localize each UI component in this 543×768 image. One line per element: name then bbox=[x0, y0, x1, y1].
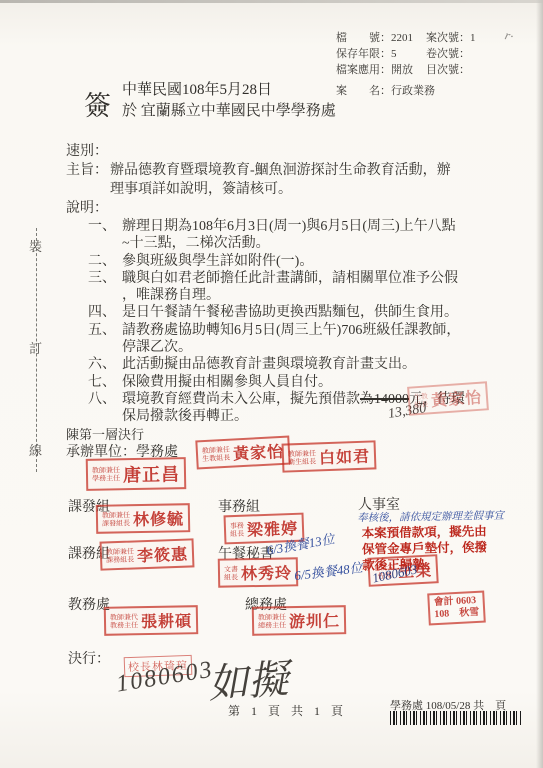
subject-label: 主旨： bbox=[66, 161, 110, 199]
item-3-no: 三、 bbox=[88, 270, 122, 287]
date-line: 中華民國108年5月28日 bbox=[122, 80, 336, 101]
item-6-no: 六、 bbox=[88, 356, 122, 373]
binding-char-1: 裝 bbox=[29, 236, 45, 255]
subject-text: 辦品德教育暨環境教育-鯝魚洄游探討生命教育活動，辦 理事項詳如說明，簽請核可。 bbox=[110, 161, 451, 199]
item-3-cont: ，唯課務自理。 bbox=[122, 287, 514, 304]
explanation-label: 說明： bbox=[66, 199, 514, 218]
org-line: 於 宜蘭縣立中華國民中學學務處 bbox=[122, 101, 336, 122]
item-4-no: 四、 bbox=[88, 304, 122, 321]
stamp-title: 生教組長 bbox=[414, 392, 429, 409]
file-no-label: 檔 號： bbox=[336, 32, 391, 44]
item-8-pre: 環境教育經費尚未入公庫，擬先預借款 bbox=[122, 392, 360, 407]
stamp-name: 黃家怡 bbox=[232, 439, 284, 465]
item-7-no: 七、 bbox=[88, 374, 122, 391]
stamp-name: 林修毓 bbox=[133, 506, 184, 530]
decision-label: 決行： bbox=[68, 648, 110, 668]
item-8-no: 八、 bbox=[88, 391, 122, 408]
item-2: 二、參與班級與學生詳如附件(一)。 bbox=[66, 253, 514, 270]
case-seq-label: 案次號： bbox=[426, 32, 470, 44]
item-4: 四、是日午餐請午餐秘書協助更換西點麵包，供師生食用。 bbox=[66, 304, 514, 321]
decision-approval-handwriting: 如擬 bbox=[206, 647, 290, 709]
case-name-value: 行政業務 bbox=[391, 85, 435, 97]
case-name-label: 案 名： bbox=[336, 85, 391, 97]
subject-line-2: 理事項詳如說明，簽請核可。 bbox=[110, 180, 451, 199]
case-seq-row: 案次號：1 bbox=[426, 30, 516, 46]
scanned-memo-page: 檔 號：2201 保存年限：5 檔案應用：開放 案 名：行政業務 案次號：1 卷… bbox=[0, 0, 543, 768]
item-row: 目次號： bbox=[426, 62, 516, 78]
filing-meta-col2: 案次號：1 卷次號： 目次號： bbox=[426, 30, 516, 78]
stamp-name: 黃家怡 bbox=[430, 385, 482, 412]
binding-char-3: 線 bbox=[29, 440, 45, 459]
file-no-row: 檔 號：2201 bbox=[336, 30, 435, 46]
section-general-affairs-group: 事務組 bbox=[218, 496, 260, 516]
acct-head-line-2: 108 秋雪 bbox=[434, 607, 480, 621]
retention-label: 保存年限： bbox=[336, 48, 391, 60]
stamp-title: 事務組長 bbox=[230, 521, 245, 537]
item-6: 六、此活動擬由品德教育計畫與環境教育計畫支出。 bbox=[66, 356, 514, 373]
stamp-name: 白如君 bbox=[319, 444, 371, 469]
stamp-title: 教師兼任課發組長 bbox=[102, 511, 130, 527]
barcode bbox=[390, 711, 522, 725]
stamp-huang-overlay: 生教組長 黃家怡 bbox=[407, 381, 489, 416]
item-3: 三、職與白如君老師擔任此計畫講師，請相關單位准予公假 bbox=[66, 270, 514, 287]
binding-char-2: 訂 bbox=[29, 338, 45, 357]
usage-value: 開放 bbox=[391, 64, 413, 76]
stamp-name: 游圳仁 bbox=[289, 608, 340, 632]
item-1-cont: ~十三點，二梯次活動。 bbox=[122, 235, 514, 252]
stamp-title: 教師兼任總務主任 bbox=[258, 613, 286, 629]
stamp-title: 教師兼任課務組長 bbox=[106, 547, 135, 564]
stamp-title: 教師兼任生教組長 bbox=[202, 445, 231, 462]
speed-label: 速別： bbox=[66, 142, 514, 161]
item-1: 一、辦理日期為108年6月3日(周一)與6月5日(周三)上午八點 bbox=[66, 218, 514, 235]
item-5-no: 五、 bbox=[88, 322, 122, 339]
stamp-academic-director: 教師兼代教務主任 張耕碩 bbox=[104, 605, 199, 636]
stamp-hygiene-section-chief: 教師兼任衛生組長 白如君 bbox=[282, 440, 377, 472]
usage-row: 檔案應用：開放 bbox=[336, 62, 435, 78]
item-2-no: 二、 bbox=[88, 253, 122, 270]
stamp-title: 教師兼任衛生組長 bbox=[288, 449, 317, 466]
case-seq-value: 1 bbox=[470, 32, 476, 44]
usage-label: 檔案應用： bbox=[336, 64, 391, 76]
item-2-text: 參與班級與學生詳如附件(一)。 bbox=[122, 253, 313, 270]
item-5-text: 請教務處協助轉知6月5日(周三上午)706班級任課教師， bbox=[122, 322, 460, 339]
item-6-text: 此活動擬由品德教育計畫與環境教育計畫支出。 bbox=[122, 356, 416, 373]
item-7-text: 保險費用擬由相關參與人員自付。 bbox=[122, 374, 332, 391]
subject-line-1: 辦品德教育暨環境教育-鯝魚洄游探討生命教育活動，辦 bbox=[110, 161, 451, 180]
stamp-name: 林秀玲 bbox=[241, 560, 292, 584]
item-5-cont: 停課乙次。 bbox=[122, 339, 514, 356]
stamp-course-section-chief: 教師兼任課務組長 李筱惠 bbox=[100, 538, 195, 570]
item-5: 五、請教務處協助轉知6月5日(周三上午)706班級任課教師， bbox=[66, 322, 514, 339]
item-3-text: 職與白如君老師擔任此計畫講師，請相關單位准予公假 bbox=[122, 270, 458, 287]
stamp-student-affairs-director: 教師兼任學務主任 唐正昌 bbox=[86, 457, 187, 491]
stamp-name: 唐正昌 bbox=[123, 460, 180, 487]
file-no-value: 2201 bbox=[391, 32, 413, 44]
stamp-documents-chief: 文書組長 林秀玲 bbox=[218, 557, 299, 587]
stamp-name: 張耕碩 bbox=[141, 608, 192, 632]
header-block: 中華民國108年5月28日 於 宜蘭縣立中華國民中學學務處 bbox=[122, 80, 336, 122]
stamp-general-affairs-director: 教師兼任總務主任 游圳仁 bbox=[252, 605, 347, 636]
stamp-accounting-head: 會計 0603 108 秋雪 bbox=[427, 591, 486, 626]
page-number: 第 1 頁 共 1 頁 bbox=[228, 702, 347, 719]
item-4-text: 是日午餐請午餐秘書協助更換西點麵包，供師生食用。 bbox=[122, 304, 458, 321]
doc-type-heading: 簽 bbox=[84, 84, 113, 123]
stamp-name: 李筱惠 bbox=[137, 542, 189, 567]
subject-block: 主旨： 辦品德教育暨環境教育-鯝魚洄游探討生命教育活動，辦 理事項詳如說明，簽請… bbox=[66, 161, 514, 199]
stamp-curriculum-dev-chief: 教師兼任課發組長 林修毓 bbox=[96, 503, 191, 534]
case-name-row: 案 名：行政業務 bbox=[336, 83, 435, 99]
filing-meta-table: 檔 號：2201 保存年限：5 檔案應用：開放 案 名：行政業務 案次號：1 卷… bbox=[336, 30, 435, 99]
vol-row: 卷次號： bbox=[426, 46, 516, 62]
stamp-title: 文書組長 bbox=[224, 565, 238, 581]
stamp-discipline-section-chief: 教師兼任生教組長 黃家怡 bbox=[195, 436, 290, 470]
retention-value: 5 bbox=[391, 48, 397, 60]
stamp-title: 教師兼任學務主任 bbox=[92, 466, 120, 482]
item-1-no: 一、 bbox=[88, 218, 122, 235]
retention-row: 保存年限：5 bbox=[336, 46, 435, 62]
stamp-title: 教師兼代教務主任 bbox=[110, 613, 138, 629]
meal-count-2-handwriting: 6/5換餐48位 bbox=[293, 557, 363, 584]
item-1-text: 辦理日期為108年6月3日(周一)與6月5日(周三)上午八點 bbox=[122, 218, 456, 235]
